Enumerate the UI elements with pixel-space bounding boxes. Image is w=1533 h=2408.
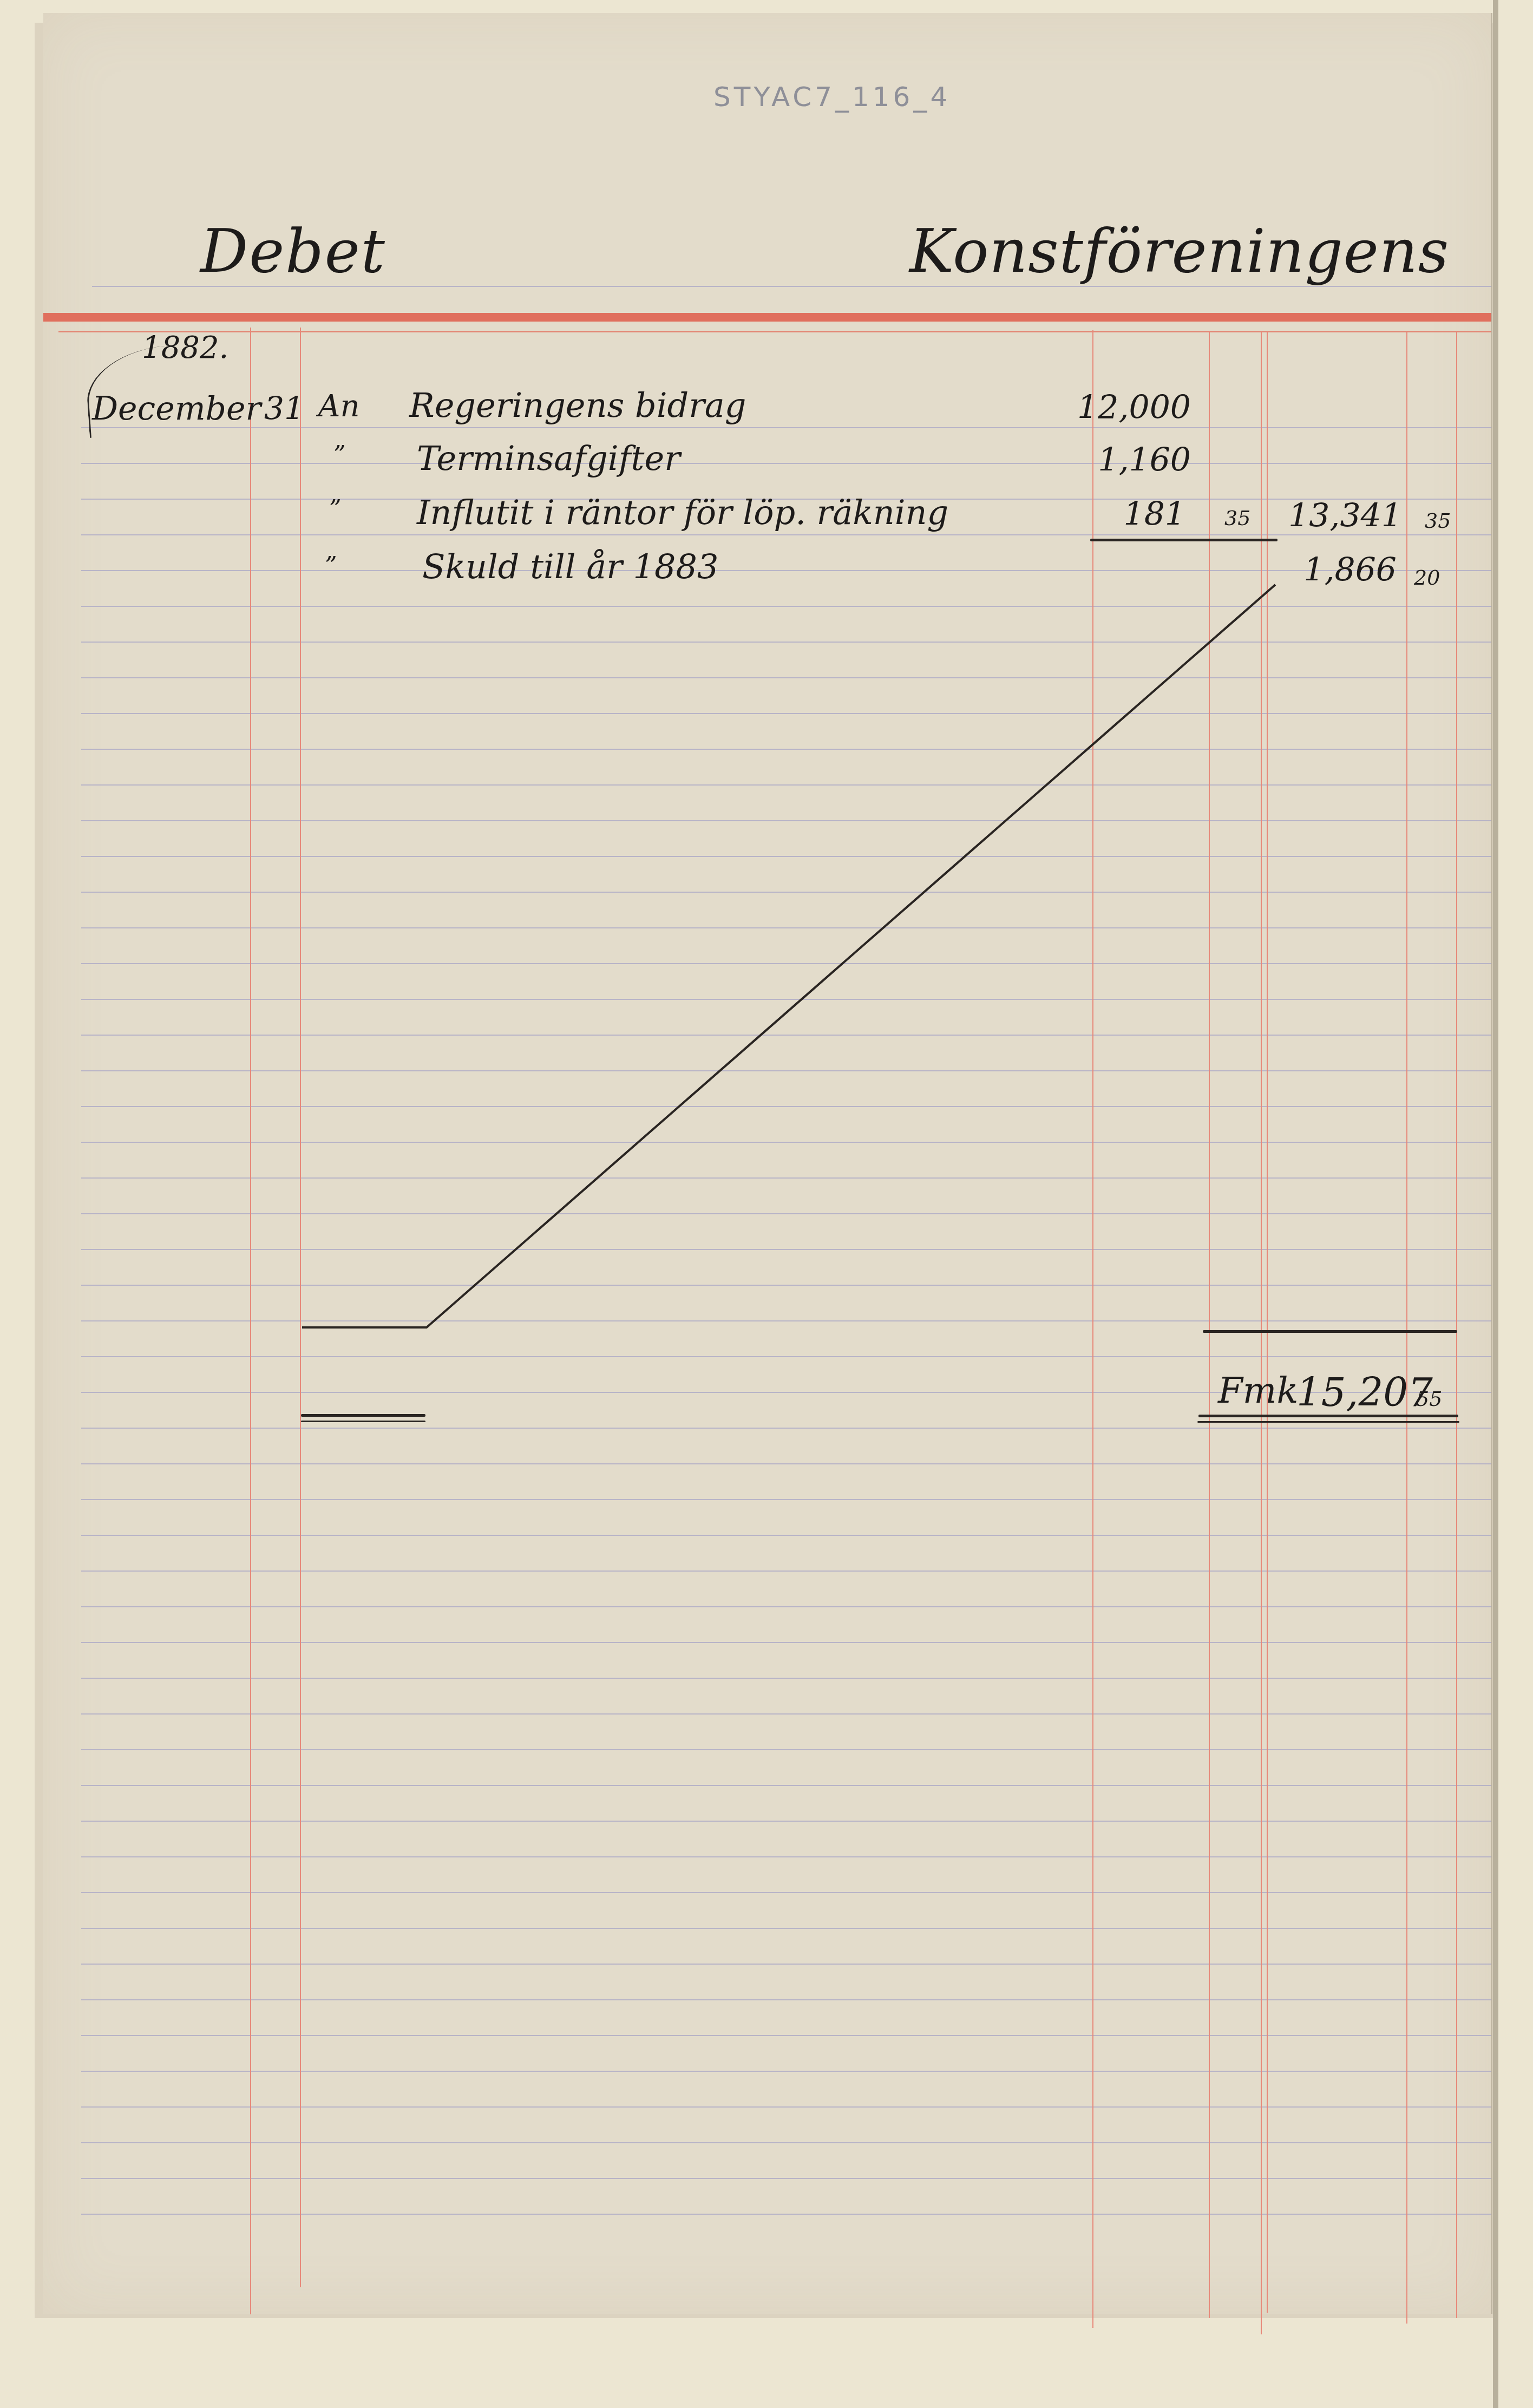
total-ore: 55 bbox=[1416, 1387, 1442, 1411]
total-double-rule-bottom bbox=[1197, 1421, 1459, 1423]
total-amount: 15,207 bbox=[1296, 1370, 1433, 1415]
total-double-rule-top bbox=[1198, 1415, 1458, 1417]
total-currency: Fmk bbox=[1218, 1370, 1298, 1411]
left-double-rule-top bbox=[301, 1414, 425, 1417]
cancellation-stroke bbox=[0, 0, 1533, 2408]
total-overline bbox=[1203, 1330, 1457, 1333]
left-double-rule-bottom bbox=[301, 1421, 425, 1422]
